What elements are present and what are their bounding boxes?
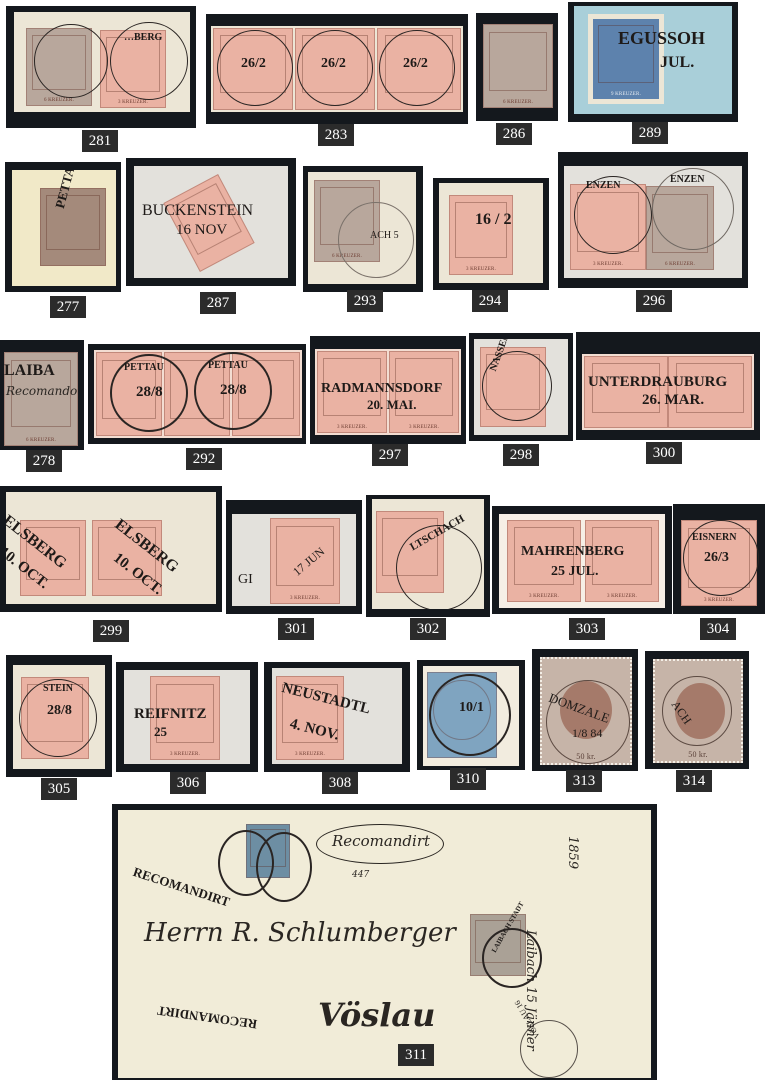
cancel-text: ENZEN — [586, 180, 620, 191]
cancel-text: ENZEN — [670, 174, 704, 185]
cancel-text: …BERG — [124, 32, 162, 43]
cancel-text: RADMANNSDORF — [321, 381, 442, 397]
pair: 3 KREUZER. 3 KREUZER. RADMANNSDORF 20. M… — [315, 349, 461, 435]
lot-number: 286 — [496, 123, 532, 145]
cancel-text: 26/2 — [321, 56, 346, 72]
piece: 3 KREUZER. REIFNITZ 25 — [124, 670, 250, 764]
cover-destination: Vöslau — [318, 996, 435, 1034]
cancel-text: ACH 5 — [370, 230, 399, 241]
cover-year: 1859 — [565, 836, 580, 869]
cancel-ring — [256, 832, 312, 902]
cancel-text: PETTAU — [208, 360, 248, 371]
cancel-text: 26. MAR. — [642, 392, 704, 409]
lot-number: 294 — [472, 290, 508, 312]
cancel-text: REIFNITZ — [134, 706, 207, 723]
cover-addressee: Herrn R. Schlumberger — [144, 918, 456, 948]
cancel-text: 25 — [154, 724, 167, 740]
lot-number: 303 — [569, 618, 605, 640]
strip: PETTAU 28/8 PETTAU 28/8 — [94, 350, 302, 438]
pair: UNTERDRAUBURG 26. MAR. — [582, 354, 754, 430]
piece: 9 KREUZER. EGUSSOH JUL. — [574, 6, 732, 114]
piece: 6 KREUZER. ACH 5 — [308, 172, 416, 284]
recomandirt-handstamp: RECOMANDIRT — [156, 1002, 258, 1032]
lot-number: 281 — [82, 130, 118, 152]
lot-number: 306 — [170, 772, 206, 794]
cancel-text: PETTAU — [124, 362, 164, 373]
lot-number: 277 — [50, 296, 86, 318]
strip: 26/2 26/2 26/2 — [211, 26, 463, 112]
lot-number: 305 — [41, 778, 77, 800]
cancel-text: UNTERDRAUBURG — [588, 374, 727, 391]
lot-number: 311 — [398, 1044, 434, 1066]
lot-number: 301 — [278, 618, 314, 640]
pair: 3 KREUZER. 3 KREUZER. MAHRENBERG 25 JUL. — [499, 514, 665, 608]
cancel-text: GI — [238, 572, 253, 588]
cancel-text: 26/3 — [704, 550, 729, 566]
lot-number: 289 — [632, 122, 668, 144]
lot-number: 302 — [410, 618, 446, 640]
cancel-text: 25 JUL. — [551, 564, 598, 580]
cancel-text: 26/2 — [241, 56, 266, 72]
cancel-text: 26/2 — [403, 56, 428, 72]
stamp-3-kreuzer: 3 KREUZER. — [507, 520, 581, 602]
stamp-3-kreuzer: 3 KREUZER. — [449, 195, 513, 275]
cancel-text: MAHRENBERG — [521, 544, 624, 560]
piece: 10/1 — [423, 666, 519, 766]
cover-envelope: RECOMANDIRT RECOMANDIRT Recomandirt 447 … — [118, 810, 651, 1078]
lot-number: 293 — [347, 290, 383, 312]
piece: BUCKENSTEIN 16 NOV — [134, 166, 288, 278]
lot-number: 300 — [646, 442, 682, 464]
lot-number: 313 — [566, 770, 602, 792]
lot-number: 304 — [700, 618, 736, 640]
lot-number: 298 — [503, 444, 539, 466]
cancel-text: 20. MAI. — [367, 397, 416, 413]
lot-number: 292 — [186, 448, 222, 470]
lot-number: 314 — [676, 770, 712, 792]
piece: 3 KREUZER. GI 17 JUN — [232, 514, 356, 606]
cancel-text: EGUSSOH — [618, 28, 705, 49]
stamp-6-kreuzer: 6 KREUZER. — [483, 24, 553, 108]
recomandirt-handstamp: RECOMANDIRT — [131, 864, 232, 910]
stamp-6-kreuzer — [40, 188, 106, 266]
cancel-text: 16 NOV — [176, 222, 227, 239]
cancel-text: 28/8 — [47, 703, 72, 719]
lot-number: 299 — [93, 620, 129, 642]
piece: ELSBERG 10. OCT. ELSBERG 10. OCT. — [6, 492, 216, 604]
cancel-text: 1/8 84 — [572, 726, 602, 741]
piece: 3 KREUZER. 6 KREUZER. ENZEN ENZEN — [564, 166, 742, 278]
lot-number: 308 — [322, 772, 358, 794]
piece: 6 KREUZER. 3 KREUZER. …BERG — [14, 12, 190, 112]
lot-number: 278 — [26, 450, 62, 472]
piece: STEIN 28/8 — [13, 665, 105, 769]
handwritten-recommandirt: Recomandirt — [332, 832, 430, 850]
handwritten-text: Recomando — [6, 384, 77, 398]
lot-number: 287 — [200, 292, 236, 314]
piece: 3 KREUZER. 16 / 2 — [439, 183, 543, 283]
cancel-text: LAIBA — [4, 362, 55, 380]
cancel-text: BUCKENSTEIN — [142, 202, 253, 220]
cancel-text: JUL. — [660, 54, 694, 72]
piece: LTSCHACH — [372, 499, 484, 609]
lot-number: 283 — [318, 124, 354, 146]
cancel-text: 16 / 2 — [475, 211, 511, 229]
piece: PETTAU 9 SEP. — [12, 170, 116, 286]
cancel-text: 28/8 — [220, 382, 247, 399]
cancel-text: EISNERN — [692, 532, 736, 543]
cancel-text: 10/1 — [459, 700, 484, 716]
cancel-text: STEIN — [43, 683, 73, 694]
piece: 3 KREUZER. NEUSTADTL 4. NOV. — [272, 668, 402, 764]
cancel-text: 28/8 — [136, 384, 163, 401]
piece: NASSENF — [474, 339, 568, 435]
stamp-3-kreuzer: 3 KREUZER. — [585, 520, 659, 602]
handwritten-number: 447 — [352, 870, 369, 880]
lot-number: 296 — [636, 290, 672, 312]
cancel-ring — [34, 24, 108, 98]
lot-number: 297 — [372, 444, 408, 466]
lot-number: 310 — [450, 768, 486, 790]
